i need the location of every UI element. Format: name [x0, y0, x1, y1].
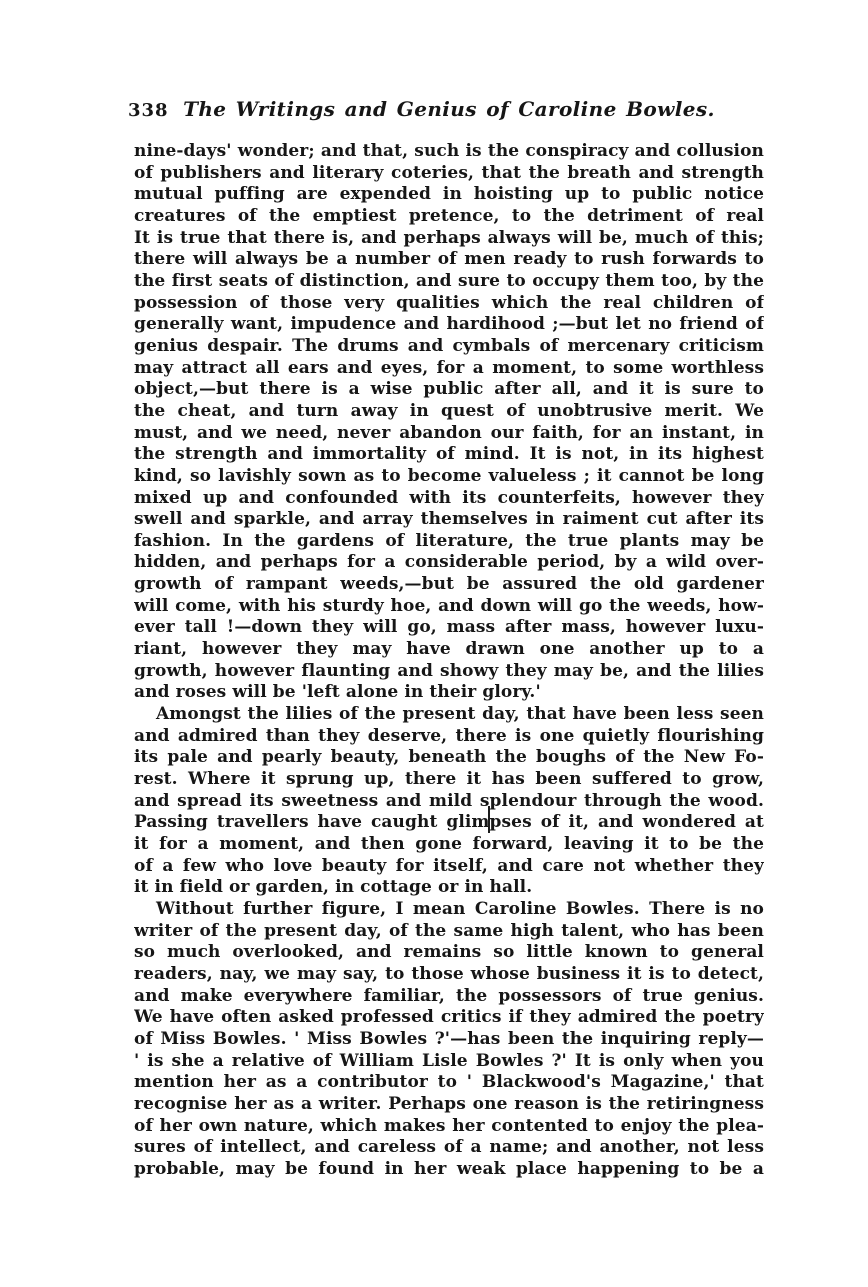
text-line: and spread its sweetness and mild splend…	[134, 791, 764, 813]
text-line: It is true that there is, and perhaps al…	[134, 228, 764, 250]
text-line: object,—but there is a wise public after…	[134, 379, 764, 401]
text-line: there will always be a number of men rea…	[134, 249, 764, 271]
text-line: its pale and pearly beauty, beneath the …	[134, 747, 764, 769]
text-line: growth of rampant weeds,—but be assured …	[134, 574, 764, 596]
text-line: probable, may be found in her weak place…	[134, 1159, 764, 1181]
text-line: ever tall !—down they will go, mass afte…	[134, 617, 764, 639]
text-line: of a few who love beauty for itself, and…	[134, 856, 764, 878]
paragraph: nine-days' wonder; and that, such is the…	[134, 141, 764, 704]
text-line: writer of the present day, of the same h…	[134, 921, 764, 943]
text-line: must, and we need, never abandon our fai…	[134, 423, 764, 445]
text-line: the strength and immortality of mind. It…	[134, 444, 764, 466]
text-line: mutual puffing are expended in hoisting …	[134, 184, 764, 206]
text-line: genius despair. The drums and cymbals of…	[134, 336, 764, 358]
text-line: of Miss Bowles. ' Miss Bowles ?'—has bee…	[134, 1029, 764, 1051]
text-line: nine-days' wonder; and that, such is the…	[134, 141, 764, 163]
text-line: of her own nature, which makes her conte…	[134, 1116, 764, 1138]
text-line: it in field or garden, in cottage or in …	[134, 877, 764, 899]
text-line: and make everywhere familiar, the posses…	[134, 986, 764, 1008]
text-line: so much overlooked, and remains so littl…	[134, 942, 764, 964]
text-line: sures of intellect, and careless of a na…	[134, 1137, 764, 1159]
scan-artifact-line	[488, 806, 490, 833]
text-line: ' is she a relative of William Lisle Bow…	[134, 1051, 764, 1073]
text-line: possession of those very qualities which…	[134, 293, 764, 315]
paragraph: Amongst the lilies of the present day, t…	[134, 704, 764, 899]
text-line: rest. Where it sprung up, there it has b…	[134, 769, 764, 791]
text-line: fashion. In the gardens of literature, t…	[134, 531, 764, 553]
text-line: recognise her as a writer. Perhaps one r…	[134, 1094, 764, 1116]
text-line: Amongst the lilies of the present day, t…	[134, 704, 764, 726]
text-line: may attract all ears and eyes, for a mom…	[134, 358, 764, 380]
text-line: Without further figure, I mean Caroline …	[134, 899, 764, 921]
paragraph: Without further figure, I mean Caroline …	[134, 899, 764, 1181]
page-header: 338 The Writings and Genius of Caroline …	[134, 97, 764, 125]
text-line: creatures of the emptiest pretence, to t…	[134, 206, 764, 228]
text-line: hidden, and perhaps for a considerable p…	[134, 552, 764, 574]
text-line: mixed up and confounded with its counter…	[134, 488, 764, 510]
text-line: the cheat, and turn away in quest of uno…	[134, 401, 764, 423]
running-title: The Writings and Genius of Caroline Bowl…	[134, 97, 764, 121]
text-line: mention her as a contributor to ' Blackw…	[134, 1072, 764, 1094]
text-line: swell and sparkle, and array themselves …	[134, 509, 764, 531]
text-line: We have often asked professed critics if…	[134, 1007, 764, 1029]
text-line: the first seats of distinction, and sure…	[134, 271, 764, 293]
text-line: it for a moment, and then gone forward, …	[134, 834, 764, 856]
text-line: growth, however flaunting and showy they…	[134, 661, 764, 683]
text-line: and roses will be 'left alone in their g…	[134, 682, 764, 704]
text-line: Passing travellers have caught glimpses …	[134, 812, 764, 834]
text-block: nine-days' wonder; and that, such is the…	[134, 141, 764, 1181]
text-line: readers, nay, we may say, to those whose…	[134, 964, 764, 986]
book-page: 338 The Writings and Genius of Caroline …	[0, 0, 868, 1287]
text-line: and admired than they deserve, there is …	[134, 726, 764, 748]
page-number: 338	[128, 100, 169, 121]
text-line: riant, however they may have drawn one a…	[134, 639, 764, 661]
text-line: kind, so lavishly sown as to become valu…	[134, 466, 764, 488]
text-line: will come, with his sturdy hoe, and down…	[134, 596, 764, 618]
text-line: generally want, impudence and hardihood …	[134, 314, 764, 336]
text-line: of publishers and literary coteries, tha…	[134, 163, 764, 185]
